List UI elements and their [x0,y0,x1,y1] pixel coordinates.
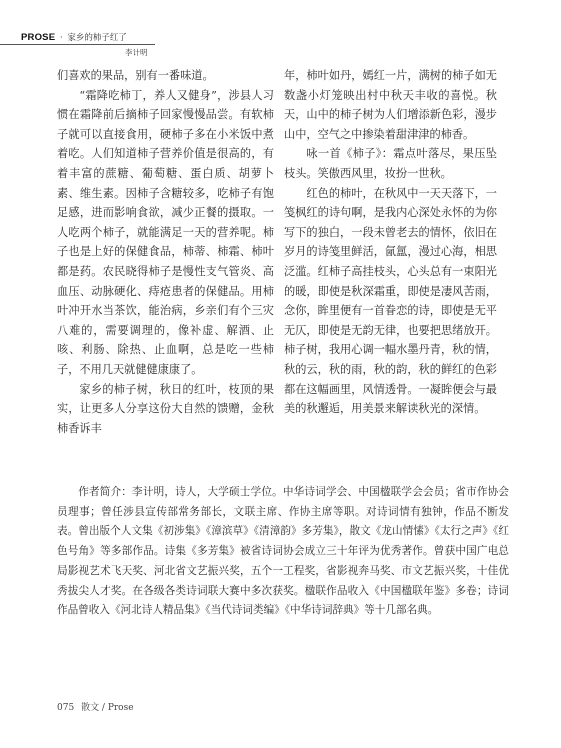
header-title: PROSE · 家乡的柿子红了 [21,32,127,44]
page-footer: 075 散文 / Prose [57,700,134,713]
author-bio: 作者简介：李计明，诗人，大学硕士学位。中华诗词学会、中国楹联学会会员；省市作协会… [57,483,509,621]
paragraph: 家乡的柿子树，秋日的红叶，枝顶的果实，让更多人分享这份大自然的馈赠，金秋柿香诉丰 [57,380,274,439]
paragraph: 红色的柿叶，在秋风中一天天落下，一笺枫红的诗句啊，是我内心深处永怀的为你写下的独… [284,184,497,419]
header-separator: · [60,33,63,43]
paragraph: 年，柿叶如丹，嫣红一片，满树的柿子如无数盏小灯笼映出村中秋天丰收的喜悦。秋天，山… [284,66,497,144]
article-title: 家乡的柿子红了 [67,33,127,43]
section-brand: PROSE [21,32,55,43]
article-author: 李计明 [125,47,148,58]
paragraph: “霜降吃柿丁，养人又健身”，涉县人习惯在霜降前后摘柿子回家慢慢品尝。有软柿子就可… [57,86,274,380]
author-bio-text: 作者简介：李计明，诗人，大学硕士学位。中华诗词学会、中国楹联学会会员；省市作协会… [57,483,509,621]
footer-section: 散文 / Prose [81,703,133,713]
header-rule [0,44,155,45]
body-column-right: 年，柿叶如丹，嫣红一片，满树的柿子如无数盏小灯笼映出村中秋天丰收的喜悦。秋天，山… [284,66,497,419]
page-number: 075 [57,703,74,713]
body-column-left: 们喜欢的果品，别有一番味道。 “霜降吃柿丁，养人又健身”，涉县人习惯在霜降前后摘… [57,66,274,438]
paragraph: 们喜欢的果品，别有一番味道。 [57,66,274,86]
paragraph: 咏一首《柿子》：霜点叶落尽，果压坠枝头。笑傲西风里，妆扮一世秋。 [284,144,497,183]
